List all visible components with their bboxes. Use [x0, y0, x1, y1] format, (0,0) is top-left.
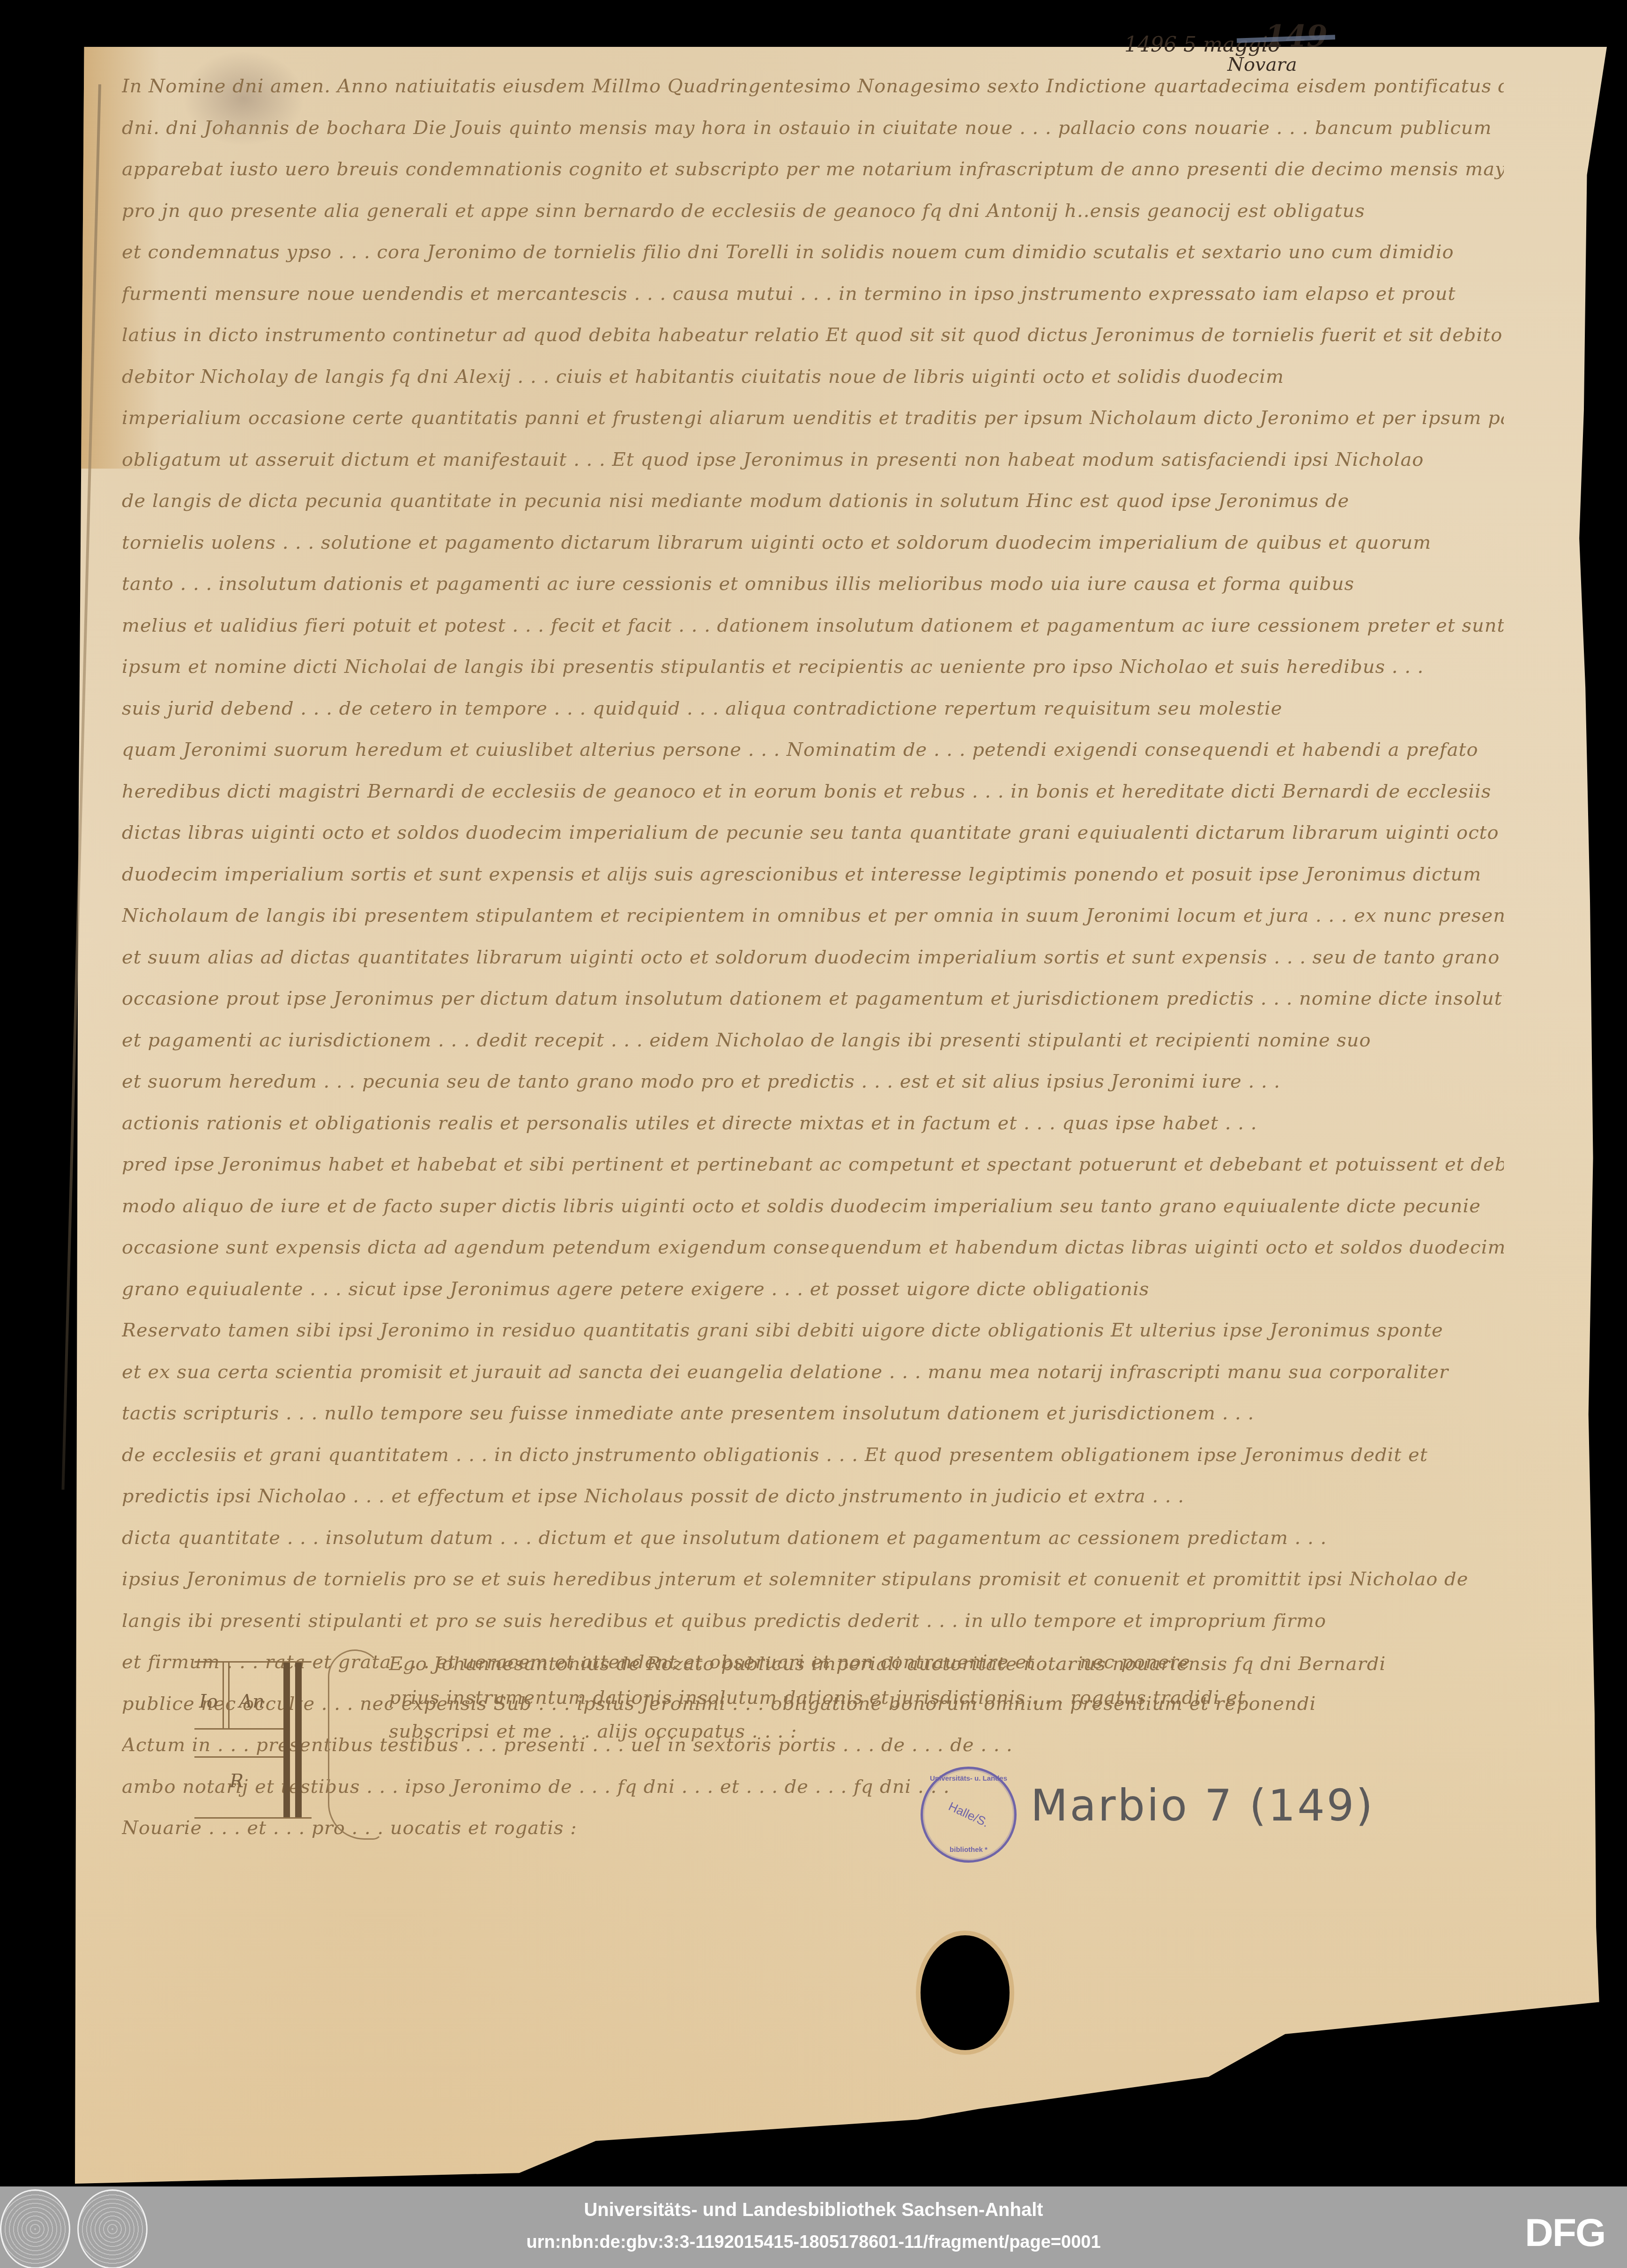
library-stamp: Universitäts- u. Landes Halle/S. bibliot…: [921, 1767, 1017, 1863]
stamp-ring-text: Universitäts- u. Landes: [923, 1775, 1014, 1783]
manuscript-line: dictas libras uiginti octo et soldos duo…: [122, 812, 1504, 854]
manuscript-line: dni. dni Johannis de bochara Die Jouis q…: [122, 107, 1504, 149]
manuscript-line: tactis scripturis . . . nullo tempore se…: [122, 1393, 1504, 1434]
manuscript-line: predictis ipsi Nicholao . . . et effectu…: [122, 1476, 1504, 1517]
stamp-ring-text: bibliothek *: [923, 1846, 1014, 1854]
stamp-center-text: Halle/S.: [946, 1799, 991, 1830]
manuscript-line: et condemnatus ypso . . . cora Jeronimo …: [122, 231, 1504, 273]
manuscript-line: et ex sua certa scientia promisit et jur…: [122, 1351, 1504, 1393]
manuscript-line: quam Jeronimi suorum heredum et cuiuslib…: [122, 729, 1504, 771]
signum-column: [228, 1663, 230, 1728]
manuscript-line: melius et ualidius fieri potuit et potes…: [122, 605, 1504, 647]
notary-signum: Io An R: [194, 1661, 312, 1819]
manuscript-line: obligatum ut asseruit dictum et manifest…: [122, 439, 1504, 481]
manuscript-line: apparebat iusto uero breuis condemnation…: [122, 149, 1504, 190]
manuscript-line: duodecim imperialium sortis et sunt expe…: [122, 854, 1504, 895]
manuscript-line: et suum alias ad dictas quantitates libr…: [122, 937, 1504, 978]
manuscript-line: Reservato tamen sibi ipsi Jeronimo in re…: [122, 1310, 1504, 1351]
manuscript-line: tanto . . . insolutum dationis et pagame…: [122, 563, 1504, 605]
manuscript-line: latius in dicto instrumento continetur a…: [122, 314, 1504, 356]
manuscript-line: furmenti mensure noue uendendis et merca…: [122, 273, 1504, 315]
manuscript-line: et pagamenti ac iurisdictionem . . . ded…: [122, 1020, 1504, 1061]
urn-identifier: urn:nbn:de:gbv:3:3-1192015415-1805178601…: [0, 2232, 1627, 2253]
manuscript-line: tornielis uolens . . . solutione et paga…: [122, 522, 1504, 564]
manuscript-line: modo aliquo de iure et de facto super di…: [122, 1186, 1504, 1227]
dfg-logo-icon: DFG: [1525, 2210, 1605, 2255]
signum-pillar: [295, 1663, 302, 1817]
signum-letter: An: [239, 1691, 265, 1712]
manuscript-line: pred ipse Jeronimus habet et habebat et …: [122, 1144, 1504, 1186]
signum-letter: R: [230, 1770, 244, 1792]
manuscript-line: langis ibi presenti stipulanti et pro se…: [122, 1600, 1504, 1642]
manuscript-line: pro jn quo presente alia generali et app…: [122, 190, 1504, 232]
manuscript-line: ipsum et nomine dicti Nicholai de langis…: [122, 646, 1504, 688]
manuscript-scan: 1496 5 maggio Novara 149 In Nomine dni a…: [0, 0, 1627, 2202]
notary-initial-flourish: [328, 1649, 382, 1840]
manuscript-line: de ecclesiis et grani quantitatem . . . …: [122, 1434, 1504, 1476]
manuscript-line: grano equiualente . . . sicut ipse Jeron…: [122, 1268, 1504, 1310]
manuscript-line: occasione prout ipse Jeronimus per dictu…: [122, 978, 1504, 1020]
manuscript-line: subscripsi et me . . . alijs occupatus .…: [389, 1715, 1466, 1748]
signum-pillar: [283, 1663, 290, 1817]
manuscript-line: suis jurid debend . . . de cetero in tem…: [122, 688, 1504, 730]
manuscript-line: actionis rationis et obligationis realis…: [122, 1103, 1504, 1144]
signum-band: [194, 1756, 288, 1758]
manuscript-line: et suorum heredum . . . pecunia seu de t…: [122, 1061, 1504, 1103]
manuscript-line: debitor Nicholay de langis fq dni Alexij…: [122, 356, 1504, 398]
manuscript-line: prius instrumentum dationis insolutum da…: [389, 1681, 1466, 1715]
main-text-block: In Nomine dni amen. Anno natiuitatis eiu…: [122, 66, 1504, 1849]
signum-letter: Io: [199, 1691, 218, 1712]
manuscript-line: heredibus dicti magistri Bernardi de ecc…: [122, 771, 1504, 813]
institution-name: Universitäts- und Landesbibliothek Sachs…: [0, 2200, 1627, 2221]
manuscript-line: dicta quantitate . . . insolutum datum .…: [122, 1517, 1504, 1559]
manuscript-line: de langis de dicta pecunia quantitate in…: [122, 480, 1504, 522]
manuscript-line: occasione sunt expensis dicta ad agendum…: [122, 1227, 1504, 1268]
pencil-shelfmark: Marbio 7 (149): [1031, 1781, 1374, 1831]
manuscript-line: imperialium occasione certe quantitatis …: [122, 397, 1504, 439]
manuscript-line: Nicholaum de langis ibi presentem stipul…: [122, 895, 1504, 937]
manuscript-line: ipsius Jeronimus de tornielis pro se et …: [122, 1559, 1504, 1600]
signum-band: [194, 1728, 288, 1730]
signum-column: [223, 1663, 224, 1728]
seal-hole: [921, 1935, 1010, 2050]
library-footer: Universitäts- und Landesbibliothek Sachs…: [0, 2186, 1627, 2268]
manuscript-line: In Nomine dni amen. Anno natiuitatis eiu…: [122, 66, 1504, 107]
notary-subscription: Ego Johannesantonius de Rozato publicus …: [389, 1647, 1466, 1748]
manuscript-line: Ego Johannesantonius de Rozato publicus …: [389, 1647, 1466, 1681]
archival-date-note: 1496 5 maggio: [1124, 33, 1280, 57]
